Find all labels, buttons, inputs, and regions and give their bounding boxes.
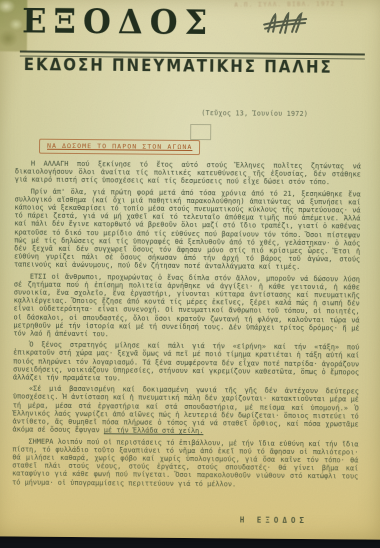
masthead-subtitle: ΕΚΔΟΣΗ ΠΝΕΥΜΑΤΙΚΗΣ ΠΑΛΗΣ: [24, 55, 333, 77]
underlined-phrase: μέ τήν Ἐλλάδα στά χείλη.: [104, 427, 204, 436]
body-paragraph: ΕΤΣΙ οἱ ἄνθρωποι, προχωρώντας ὁ ἕνας δίπ…: [13, 272, 360, 341]
body-text: Η ΑΛΛΑΓΗ πού ξεκίνησε τό ἔτος αὐτό στούς…: [12, 159, 361, 492]
section-heading: ΝΑ ΔΩΣΟΜΕ ΤΟ ΠΑΡΟΝ ΣΤΟΝ ΑΓΩΝΑ: [39, 139, 201, 155]
handwritten-scribble: [260, 12, 308, 36]
faint-box-mark: [190, 124, 211, 140]
body-paragraph: Η ΑΛΛΑΓΗ πού ξεκίνησε τό ἔτος αὐτό στούς…: [15, 159, 361, 187]
signature: Η ΕΞΟΔΟΣ: [240, 515, 308, 525]
photo-background: { "masthead": { "title": "ΕΞΟΔΟΣ", "subt…: [0, 0, 380, 548]
document-page: Α.Π. ΣΥΛΛ. ΒΙΒΛ. 1972 Ι ΕΞΟΔΟΣ ΕΚΔΟΣΗ ΠΝ…: [0, 0, 380, 540]
masthead-title: ΕΞΟΔΟΣ: [22, 0, 214, 42]
issue-line: (Τεῦχος 13, Ἰουνίου 1972): [201, 109, 308, 118]
stamp-illegible: Α.Π. ΣΥΛΛ. ΒΙΒΛ. 1972 Ι: [234, 0, 374, 9]
body-paragraph: Ὁ ξένος στρατηγός μίλησε καί πάλι γιά τή…: [13, 341, 359, 385]
body-paragraph: ΣΗΜΕΡΑ λοιπόν πού οἱ περιστάσεις τό ἐπιβ…: [12, 437, 358, 489]
body-paragraph: «Σέ μιά βασανισμένη καί δοκιμασμένη γωνι…: [13, 385, 359, 437]
body-paragraph: Πρίν ἀπ' ὅλα, γιά πρώτη φορά μετά ἀπό τό…: [14, 187, 361, 272]
